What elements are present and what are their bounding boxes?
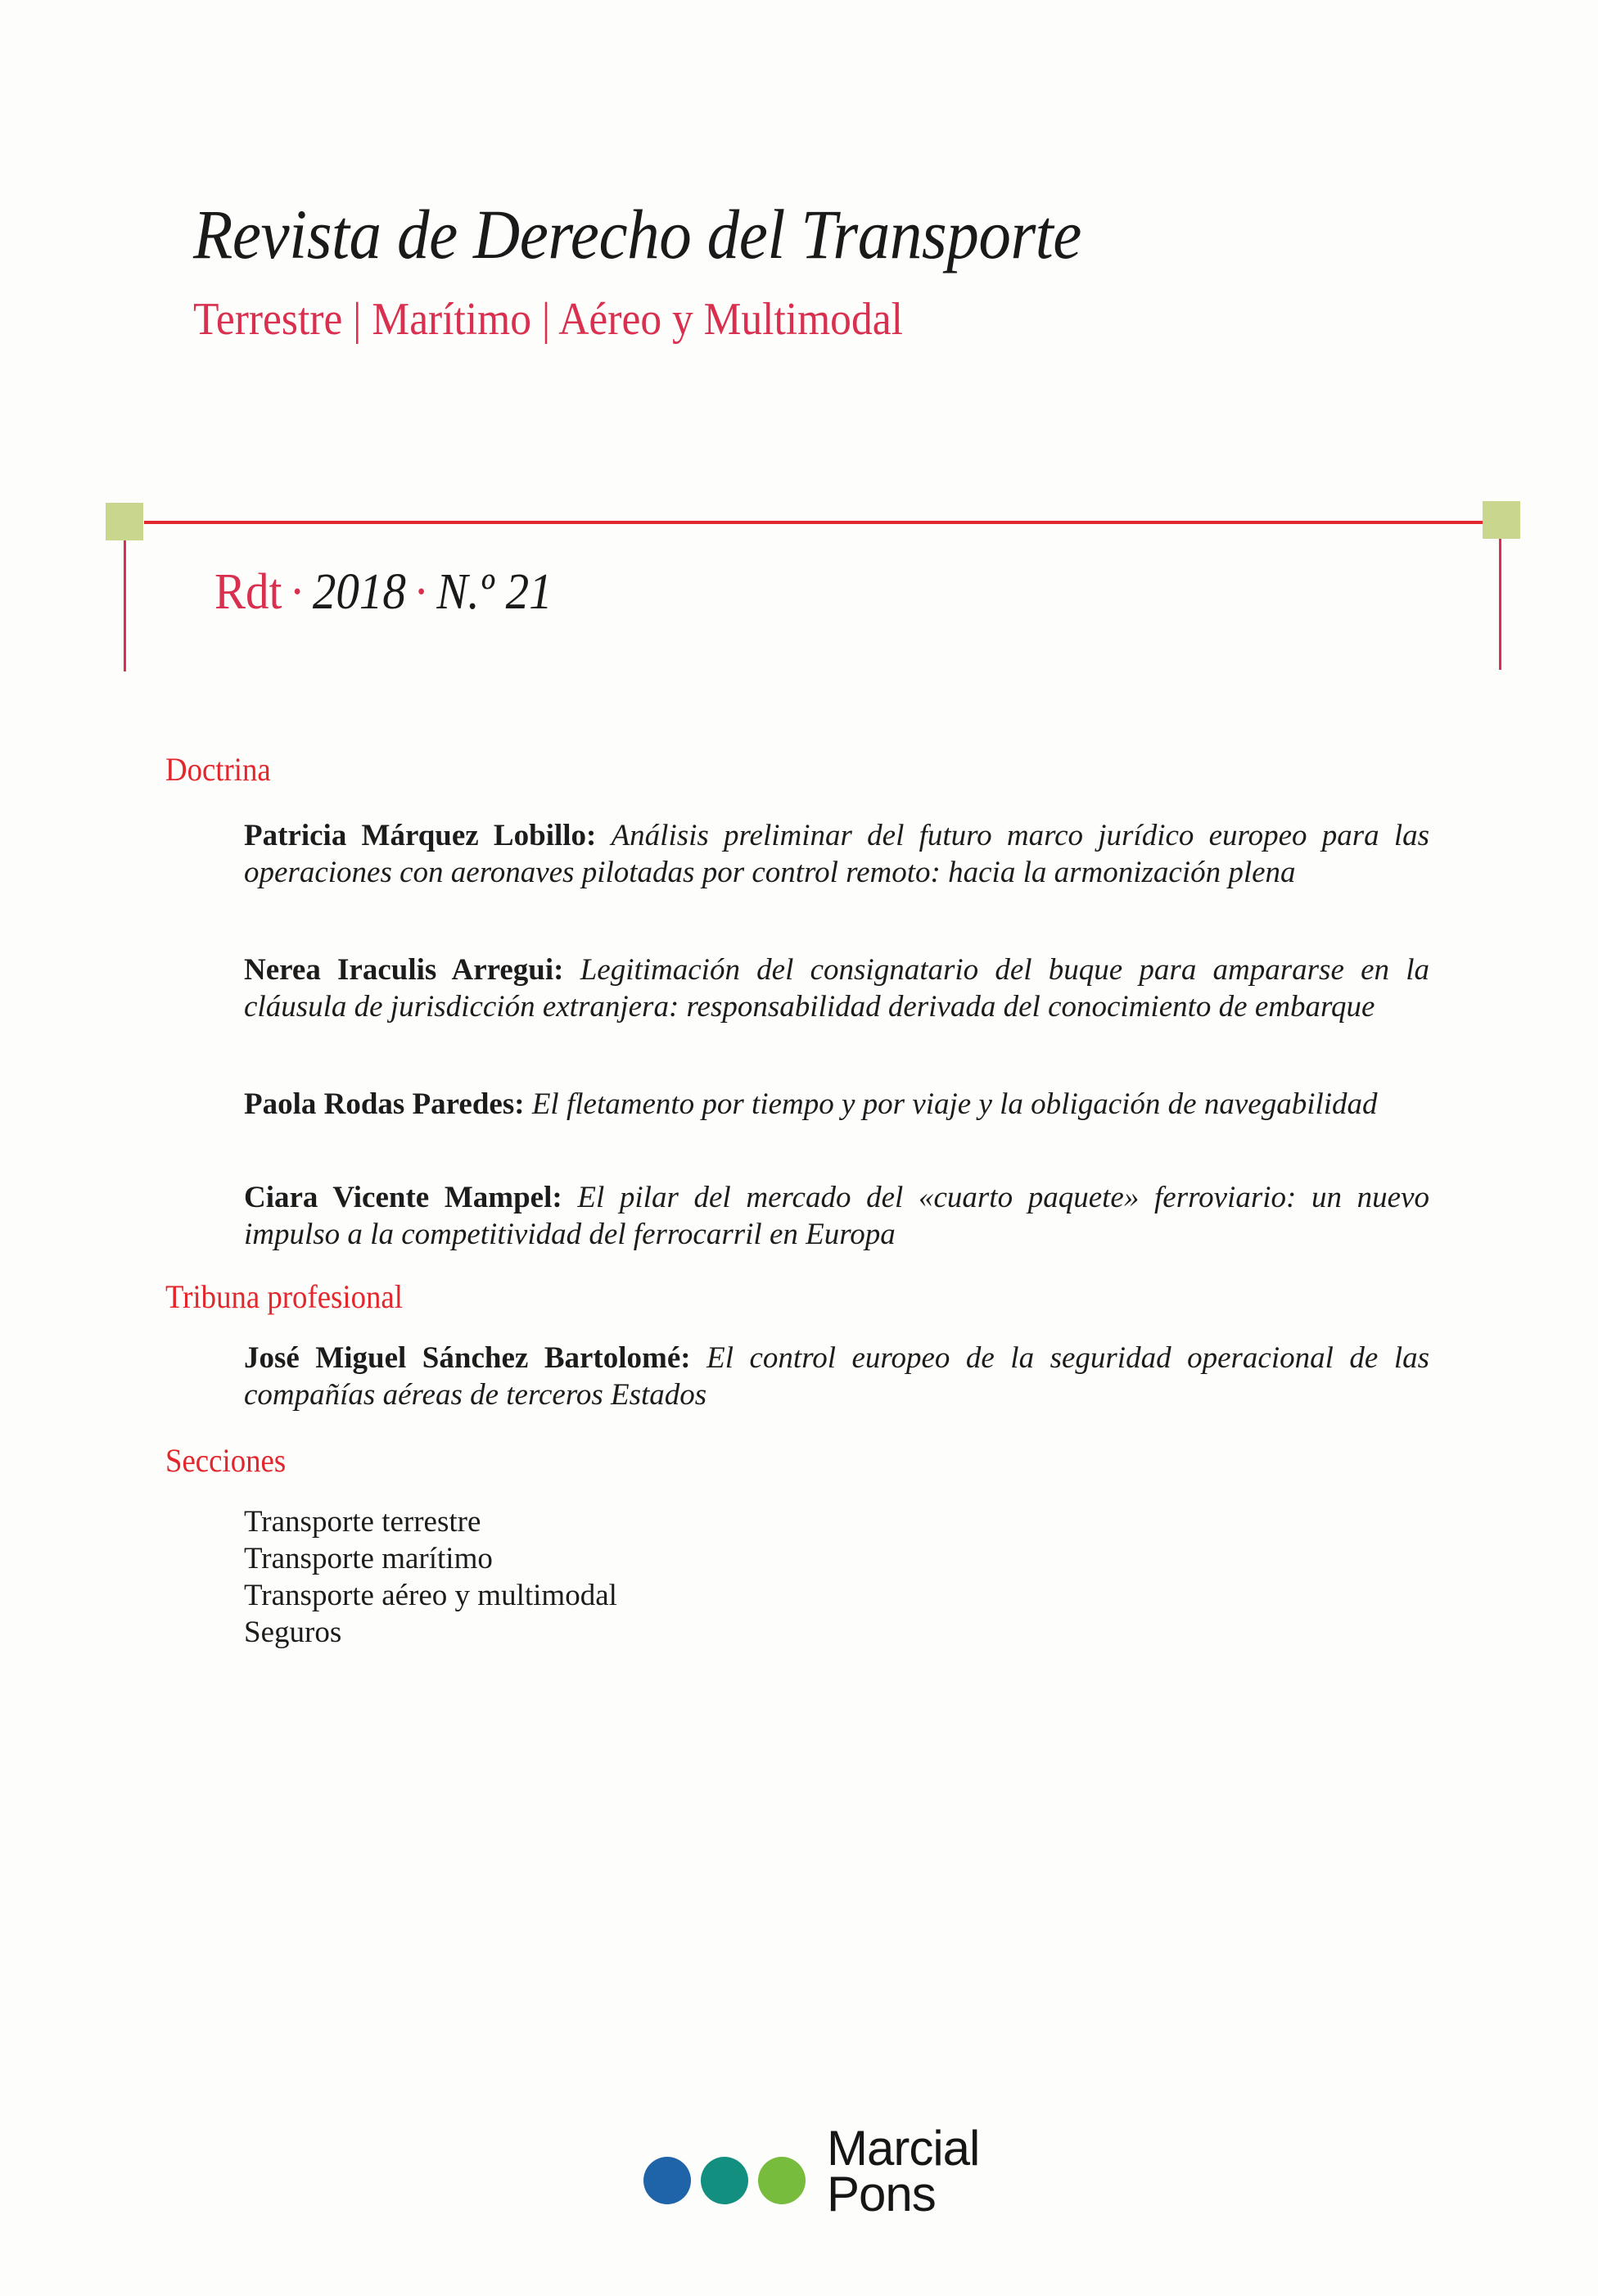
secciones-item: Transporte terrestre bbox=[244, 1503, 617, 1540]
frame-right-rule bbox=[1499, 539, 1501, 670]
secciones-item: Transporte marítimo bbox=[244, 1540, 617, 1577]
frame-corner-square-right bbox=[1483, 501, 1520, 539]
toc-entry: Nerea Iraculis Arregui: Legitimación del… bbox=[244, 951, 1429, 1025]
frame-left-rule bbox=[124, 540, 126, 671]
entry-author: José Miguel Sánchez Bartolomé: bbox=[244, 1341, 691, 1375]
publisher-name-line2: Pons bbox=[827, 2172, 979, 2217]
entry-author: Ciara Vicente Mampel: bbox=[244, 1181, 562, 1214]
toc-entry: Ciara Vicente Mampel: El pilar del merca… bbox=[244, 1179, 1429, 1253]
journal-subtitle: Terrestre | Marítimo | Aéreo y Multimoda… bbox=[193, 293, 903, 346]
section-heading-secciones: Secciones bbox=[165, 1441, 286, 1480]
secciones-list: Transporte terrestre Transporte marítimo… bbox=[244, 1503, 617, 1651]
secciones-item: Seguros bbox=[244, 1614, 617, 1651]
secciones-item: Transporte aéreo y multimodal bbox=[244, 1577, 617, 1614]
logo-circle-green-icon bbox=[758, 2157, 806, 2204]
entry-author: Paola Rodas Paredes: bbox=[244, 1087, 525, 1121]
issue-abbr: Rdt bbox=[214, 564, 282, 620]
issue-separator: · bbox=[406, 564, 436, 620]
toc-entry: Paola Rodas Paredes: El fletamento por t… bbox=[244, 1086, 1429, 1123]
publisher-name: Marcial Pons bbox=[827, 2126, 979, 2217]
toc-entry: José Miguel Sánchez Bartolomé: El contro… bbox=[244, 1340, 1429, 1413]
entry-author: Nerea Iraculis Arregui: bbox=[244, 953, 563, 987]
issue-year: 2018 bbox=[313, 564, 406, 620]
issue-line: Rdt·2018·N.º 21 bbox=[214, 563, 553, 621]
section-heading-tribuna: Tribuna profesional bbox=[165, 1277, 403, 1316]
issue-separator: · bbox=[282, 564, 312, 620]
frame-top-rule bbox=[144, 521, 1493, 524]
logo-circle-teal-icon bbox=[701, 2157, 748, 2204]
entry-title: El fletamento por tiempo y por viaje y l… bbox=[532, 1087, 1378, 1121]
section-heading-doctrina: Doctrina bbox=[165, 750, 271, 789]
publisher-name-line1: Marcial bbox=[827, 2126, 979, 2172]
journal-title: Revista de Derecho del Transporte bbox=[193, 193, 1081, 275]
issue-number: N.º 21 bbox=[436, 564, 552, 620]
logo-circle-blue-icon bbox=[643, 2157, 691, 2204]
entry-author: Patricia Márquez Lobillo: bbox=[244, 819, 596, 852]
toc-entry: Patricia Márquez Lobillo: Análisis preli… bbox=[244, 817, 1429, 891]
publisher-logo: Marcial Pons bbox=[643, 2126, 1004, 2216]
frame-corner-square-left bbox=[106, 503, 143, 540]
